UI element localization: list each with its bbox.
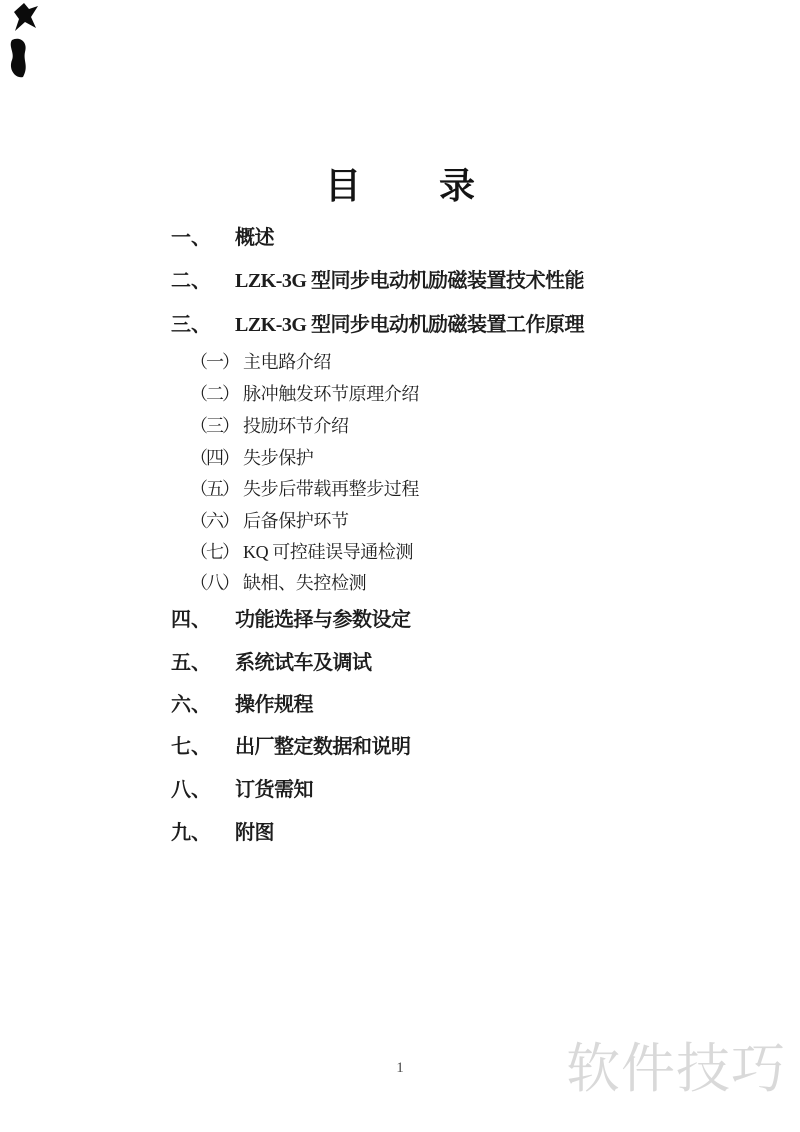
toc-item-number: 八、 — [171, 779, 235, 802]
scan-artifact-marks — [0, 0, 50, 90]
toc-main-item-1: 一、概述 — [171, 227, 274, 250]
toc-item-number: （一） — [190, 352, 243, 373]
toc-item-label: 失步保护 — [243, 448, 313, 468]
toc-main-item-9: 九、附图 — [171, 822, 274, 845]
toc-item-label: 后备保护环节 — [243, 511, 349, 531]
toc-sub-item-7: （七）KQ 可控硅误导通检测 — [190, 542, 413, 563]
toc-item-number: 四、 — [171, 609, 235, 632]
toc-sub-item-5: （五）失步后带载再整步过程 — [190, 479, 419, 500]
toc-item-number: （七） — [190, 542, 243, 563]
toc-item-label: 主电路介绍 — [243, 352, 331, 372]
toc-item-number: 九、 — [171, 822, 235, 845]
toc-item-label: 脉冲触发环节原理介绍 — [243, 384, 419, 404]
watermark-text: 软件技巧 — [566, 1040, 786, 1099]
toc-item-number: 六、 — [171, 694, 235, 717]
toc-item-label: 操作规程 — [235, 694, 313, 716]
toc-main-item-2: 二、LZK-3G 型同步电动机励磁装置技术性能 — [171, 270, 584, 293]
toc-main-item-6: 六、操作规程 — [171, 694, 313, 717]
toc-item-number: 三、 — [171, 314, 235, 337]
toc-item-label: LZK-3G 型同步电动机励磁装置技术性能 — [235, 270, 584, 292]
page-title-char-right: 录 — [439, 168, 475, 204]
page-title: 目 录 — [0, 168, 800, 204]
toc-main-item-8: 八、订货需知 — [171, 779, 313, 802]
toc-main-item-5: 五、系统试车及调试 — [171, 652, 372, 675]
toc-sub-item-1: （一）主电路介绍 — [190, 352, 331, 373]
toc-sub-item-3: （三）投励环节介绍 — [190, 416, 349, 437]
toc-item-label: 失步后带载再整步过程 — [243, 479, 419, 499]
toc-sub-item-8: （八）缺相、失控检测 — [190, 573, 366, 594]
toc-sub-item-4: （四）失步保护 — [190, 448, 313, 469]
toc-sub-item-6: （六）后备保护环节 — [190, 511, 349, 532]
toc-item-number: 七、 — [171, 736, 235, 759]
toc-item-label: 订货需知 — [235, 779, 313, 801]
toc-main-item-3: 三、LZK-3G 型同步电动机励磁装置工作原理 — [171, 314, 584, 337]
toc-item-label: 系统试车及调试 — [235, 652, 372, 674]
toc-item-label: 投励环节介绍 — [243, 416, 349, 436]
toc-item-number: （四） — [190, 448, 243, 469]
toc-item-label: LZK-3G 型同步电动机励磁装置工作原理 — [235, 314, 584, 336]
toc-item-label: 附图 — [235, 822, 274, 844]
toc-item-label: 缺相、失控检测 — [243, 573, 366, 593]
page-title-char-left: 目 — [325, 168, 361, 204]
toc-item-number: 二、 — [171, 270, 235, 293]
toc-sub-item-2: （二）脉冲触发环节原理介绍 — [190, 384, 419, 405]
toc-main-item-4: 四、功能选择与参数设定 — [171, 609, 411, 632]
toc-item-number: 五、 — [171, 652, 235, 675]
toc-item-label: 概述 — [235, 227, 274, 249]
document-page: 目 录 一、概述 二、LZK-3G 型同步电动机励磁装置技术性能 三、LZK-3… — [0, 0, 800, 1132]
toc-item-label: 功能选择与参数设定 — [235, 609, 411, 631]
toc-item-label: KQ 可控硅误导通检测 — [243, 542, 413, 562]
toc-item-number: （二） — [190, 384, 243, 405]
toc-item-number: （三） — [190, 416, 243, 437]
toc-item-number: 一、 — [171, 227, 235, 250]
toc-main-item-7: 七、出厂整定数据和说明 — [171, 736, 411, 759]
toc-item-number: （五） — [190, 479, 243, 500]
toc-item-number: （六） — [190, 511, 243, 532]
toc-item-label: 出厂整定数据和说明 — [235, 736, 411, 758]
toc-item-number: （八） — [190, 573, 243, 594]
